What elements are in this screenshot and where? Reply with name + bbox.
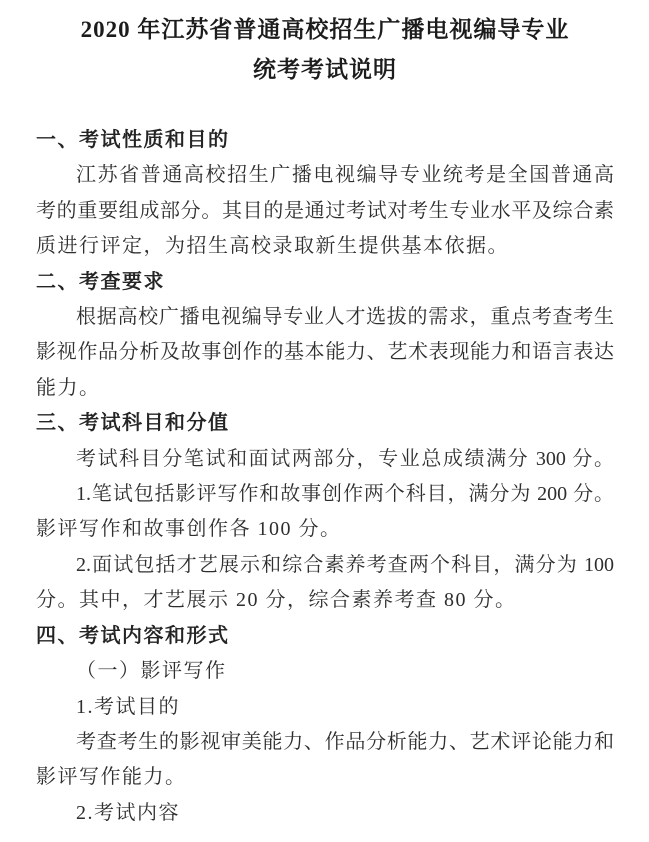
title-line-2: 统考考试说明 <box>36 50 614 90</box>
para-exam-nature-line-1: 江苏省普通高校招生广播电视编导专业统考是全国普通高 <box>36 158 614 193</box>
para-exam-nature-line-3: 质进行评定，为招生高校录取新生提供基本依据。 <box>36 229 614 264</box>
section-heading-2: 二、考查要求 <box>36 265 614 300</box>
para-exam-requirements-line-1: 根据高校广播电视编导专业人才选拔的需求，重点考查考生 <box>36 300 614 335</box>
para-interview-line-2: 分。其中，才艺展示 20 分，综合素养考查 80 分。 <box>36 583 614 618</box>
para-exam-requirements-line-3: 能力。 <box>36 371 614 406</box>
subsection-film-review-writing: （一）影评写作 <box>36 654 614 689</box>
para-exam-requirements-line-2: 影视作品分析及故事创作的基本能力、艺术表现能力和语言表达 <box>36 335 614 370</box>
para-exam-purpose-line-1: 考查考生的影视审美能力、作品分析能力、艺术评论能力和 <box>36 725 614 760</box>
para-subjects-scores-line-1: 考试科目分笔试和面试两部分，专业总成绩满分 300 分。 <box>36 442 614 477</box>
document-page: 2020 年江苏省普通高校招生广播电视编导专业 统考考试说明 一、考试性质和目的… <box>0 0 649 842</box>
document-title: 2020 年江苏省普通高校招生广播电视编导专业 统考考试说明 <box>36 10 614 90</box>
document-body: 一、考试性质和目的 江苏省普通高校招生广播电视编导专业统考是全国普通高 考的重要… <box>36 123 614 831</box>
para-written-test-line-2: 影评写作和故事创作各 100 分。 <box>36 512 614 547</box>
para-interview-line-1: 2.面试包括才艺展示和综合素养考查两个科目，满分为 100 <box>36 548 614 583</box>
para-written-test-line-1: 1.笔试包括影评写作和故事创作两个科目，满分为 200 分。 <box>36 477 614 512</box>
para-exam-purpose-line-2: 影评写作能力。 <box>36 760 614 795</box>
title-line-1: 2020 年江苏省普通高校招生广播电视编导专业 <box>36 10 614 50</box>
item-exam-purpose: 1.考试目的 <box>36 690 614 725</box>
section-heading-4: 四、考试内容和形式 <box>36 619 614 654</box>
section-heading-1: 一、考试性质和目的 <box>36 123 614 158</box>
item-exam-content: 2.考试内容 <box>36 796 614 831</box>
section-heading-3: 三、考试科目和分值 <box>36 406 614 441</box>
para-exam-nature-line-2: 考的重要组成部分。其目的是通过考试对考生专业水平及综合素 <box>36 194 614 229</box>
